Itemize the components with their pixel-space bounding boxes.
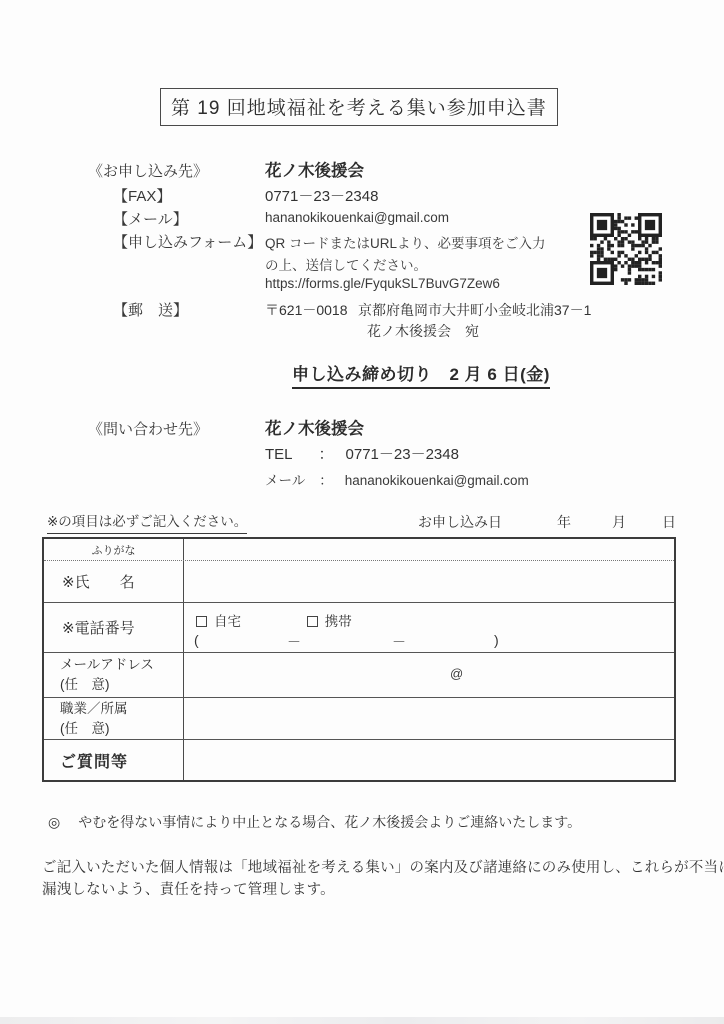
phone-paren-close: ) — [494, 632, 499, 648]
mobile-checkbox-icon — [307, 616, 318, 627]
mobile-checkbox-label: 携帯 — [325, 614, 352, 629]
date-day-label: 日 — [662, 512, 676, 532]
phone-dash-2: － — [392, 632, 406, 652]
fax-label: 【FAX】 — [113, 185, 171, 206]
apply-heading: 《お申し込み先》 — [88, 160, 208, 181]
cancel-note-text: やむを得ない事情により中止となる場合、花ノ木後援会よりご連絡いたします。 — [78, 814, 581, 830]
privacy-note-line1: ご記入いただいた個人情報は「地域福祉を考える集い」の案内及び諸連絡にのみ使用し、… — [42, 856, 724, 877]
apply-mail-label: 【メール】 — [113, 208, 188, 229]
apply-form-line1: QR コードまたはURLより、必要事項をご入力 — [265, 232, 546, 252]
qr-code-icon — [590, 213, 662, 285]
tel-label: TEL — [265, 446, 293, 463]
form-title-box: 第 19 回地域福祉を考える集い参加申込書 — [160, 88, 558, 126]
phone-label: ※電話番号 — [44, 603, 184, 652]
inquiry-mail-line: メール：hananokikouenkai@gmail.com — [265, 469, 529, 489]
apply-form-url: https://forms.gle/FyqukSL7BuvG7Zew6 — [265, 276, 500, 291]
home-checkbox-icon — [196, 616, 207, 627]
name-label: ※氏 名 — [44, 561, 184, 602]
date-year-label: 年 — [557, 512, 571, 532]
name-input-cell — [184, 561, 674, 602]
inquiry-mail-label: メール — [265, 473, 305, 488]
cancel-note-mark: ◎ — [48, 814, 60, 830]
phone-dash-1: － — [287, 632, 301, 652]
at-sign: @ — [450, 666, 463, 681]
table-row-questions: ご質問等 — [44, 739, 674, 780]
home-checkbox-label: 自宅 — [214, 614, 241, 629]
scanned-application-form-page: 第 19 回地域福祉を考える集い参加申込書 《お申し込み先》 花ノ木後援会 【F… — [0, 0, 724, 1024]
tel-line: TEL：0771－23－2348 — [265, 443, 459, 464]
occupation-label: 職業／所属 (任 意) — [44, 698, 184, 739]
cancel-note: ◎やむを得ない事情により中止となる場合、花ノ木後援会よりご連絡いたします。 — [48, 812, 581, 832]
post-addressee: 花ノ木後援会 宛 — [367, 321, 479, 341]
table-row-furigana: ふりがな — [44, 539, 674, 560]
inquiry-org-name: 花ノ木後援会 — [265, 415, 364, 439]
phone-type-line: 自宅 携帯 — [196, 610, 352, 630]
apply-org-name: 花ノ木後援会 — [265, 157, 364, 181]
fax-value: 0771－23－2348 — [265, 185, 378, 206]
post-zip: 〒621－0018 — [265, 300, 348, 320]
table-row-email: メールアドレス (任 意) @ — [44, 652, 674, 697]
table-row-phone: ※電話番号 自宅 携帯 ( － － ) — [44, 602, 674, 652]
inquiry-mail-colon: ： — [319, 473, 333, 488]
email-label-line1: メールアドレス — [60, 655, 183, 675]
occupation-label-line2: (任 意) — [60, 719, 183, 739]
occupation-label-line1: 職業／所属 — [60, 699, 183, 719]
tel-colon: ： — [319, 446, 334, 463]
furigana-input-cell — [184, 539, 674, 560]
email-label-line2: (任 意) — [60, 675, 183, 695]
email-input-cell: @ — [184, 653, 674, 697]
form-title: 第 19 回地域福祉を考える集い参加申込書 — [171, 98, 547, 119]
scan-edge-artifact — [0, 1017, 724, 1024]
questions-label: ご質問等 — [44, 740, 184, 780]
inquiry-mail-value: hananokikouenkai@gmail.com — [345, 473, 529, 488]
tel-value: 0771－23－2348 — [346, 446, 459, 463]
table-row-name: ※氏 名 — [44, 560, 674, 602]
email-label: メールアドレス (任 意) — [44, 653, 184, 697]
table-row-occupation: 職業／所属 (任 意) — [44, 697, 674, 739]
occupation-input-cell — [184, 698, 674, 739]
privacy-note-line2: 漏洩しないよう、責任を持って管理します。 — [42, 878, 335, 899]
date-month-label: 月 — [612, 512, 626, 532]
post-address: 京都府亀岡市大井町小金岐北浦37－1 — [358, 300, 591, 320]
apply-mail-value: hananokikouenkai@gmail.com — [265, 210, 449, 225]
application-date-label: お申し込み日 — [418, 512, 502, 532]
phone-input-cell: 自宅 携帯 ( － － ) — [184, 603, 674, 652]
post-label: 【郵 送】 — [113, 299, 188, 320]
phone-paren-open: ( — [194, 632, 199, 648]
required-note: ※の項目は必ずご記入ください。 — [47, 510, 247, 534]
inquiry-heading: 《問い合わせ先》 — [88, 418, 208, 439]
apply-form-line2: の上、送信してください。 — [265, 254, 427, 274]
furigana-label: ふりがな — [44, 539, 184, 560]
questions-input-cell — [184, 740, 674, 780]
application-form-table: ふりがな ※氏 名 ※電話番号 自宅 携帯 ( － － ) — [42, 537, 676, 782]
apply-form-label: 【申し込みフォーム】 — [113, 231, 262, 252]
deadline-text: 申し込み締め切り 2 月 6 日(金) — [292, 360, 550, 389]
